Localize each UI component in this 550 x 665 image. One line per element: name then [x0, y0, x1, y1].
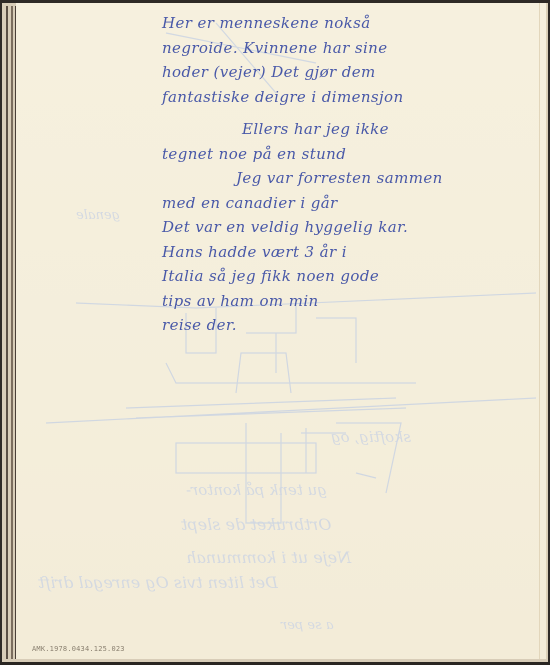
- show-through-line: gu tenk på kontor-: [186, 481, 327, 499]
- show-through-line: Det liten tvis Og enregal drift: [38, 573, 278, 592]
- spine-line: [6, 6, 8, 659]
- show-through-line: Ortbruket de slept: [181, 515, 331, 534]
- spine-line: [11, 6, 13, 659]
- handwriting-line: hoder (vejer) Det gjør dem: [162, 60, 443, 85]
- catalog-number-label: AMK.1978.0434.125.023: [32, 645, 125, 653]
- handwriting-line: med en canadier i går: [162, 191, 443, 216]
- handwriting-line: fantastiske deigre i dimensjon: [162, 85, 443, 110]
- handwriting-line: Det var en veldig hyggelig kar.: [162, 215, 443, 240]
- handwriting-line: Ellers har jeg ikke: [162, 117, 443, 142]
- handwriting-line: Hans hadde vært 3 år i: [162, 240, 443, 265]
- page-edge: [539, 3, 540, 659]
- handwriting-line: tips av ham om min: [162, 289, 443, 314]
- handwriting-line: Her er menneskene nokså: [162, 11, 443, 36]
- handwriting-line: reise der.: [162, 313, 443, 338]
- show-through-margin-text: genale: [76, 208, 120, 223]
- handwriting-line: Jeg var forresten sammen: [162, 166, 443, 191]
- handwriting-line: tegnet noe på en stund: [162, 142, 443, 167]
- show-through-line: skoftig, og: [331, 428, 411, 446]
- show-through-line: a se per: [281, 618, 334, 633]
- handwriting-line: negroide. Kvinnene har sine: [162, 36, 443, 61]
- handwriting-line: Italia så jeg fikk noen gode: [162, 264, 443, 289]
- notebook-page: genale skoftig, og gu tenk på kontor- Or…: [16, 3, 547, 659]
- show-through-line: Neje ut i kommunah: [186, 548, 351, 567]
- handwritten-text-block: Her er menneskene nokså negroide. Kvinne…: [162, 11, 443, 338]
